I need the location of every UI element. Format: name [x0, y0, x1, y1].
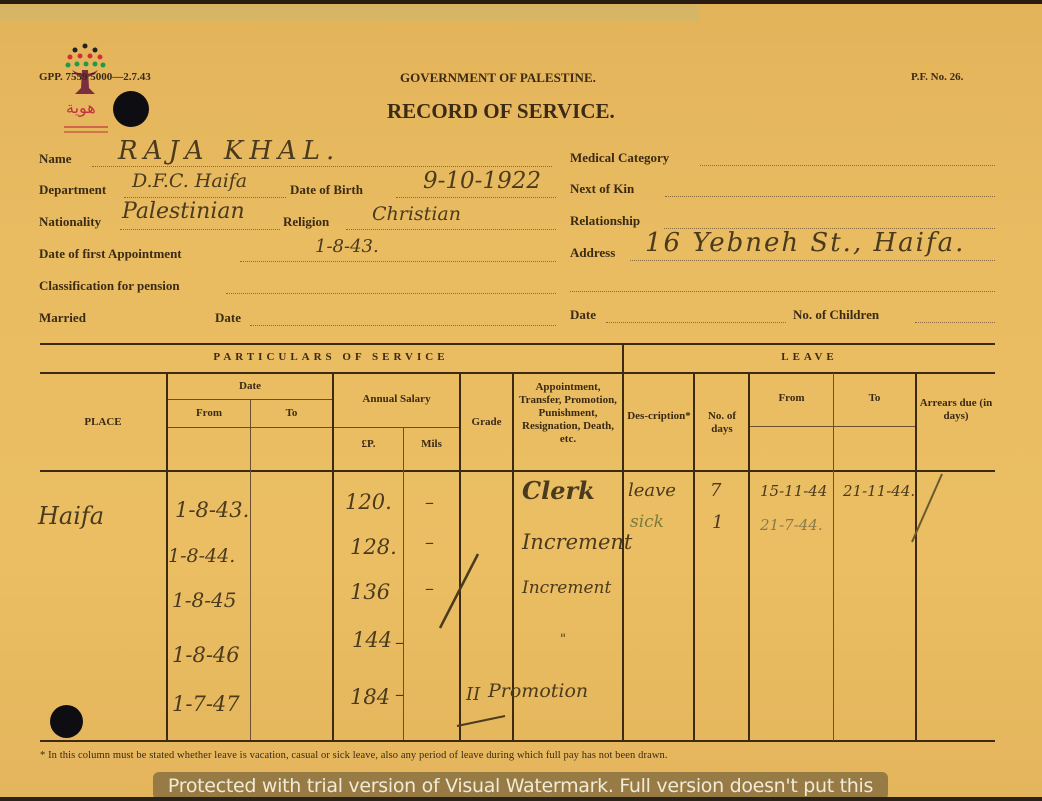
col-pounds: £P.	[334, 438, 403, 451]
punch-hole	[50, 705, 83, 738]
pen-stroke-mark	[900, 470, 950, 550]
religion-line	[346, 229, 556, 230]
name-value[interactable]: RAJA KHAL.	[118, 136, 340, 166]
col-place: PLACE	[40, 416, 166, 429]
logo-subtext	[64, 131, 108, 133]
row-pounds[interactable]: 136	[350, 580, 390, 604]
row-appointment[interactable]: Increment	[522, 578, 611, 598]
col-from: From	[168, 407, 250, 420]
scan-bottom-edge	[0, 797, 1042, 801]
children-label: No. of Children	[793, 307, 879, 323]
col-divider	[693, 373, 695, 741]
kin-label: Next of Kin	[570, 181, 634, 197]
row-appointment[interactable]: Clerk	[522, 476, 595, 505]
dob-value[interactable]: 9-10-1922	[423, 168, 541, 194]
name-line	[92, 166, 552, 167]
medical-label: Medical Category	[570, 150, 669, 166]
table-header-rule	[40, 470, 995, 472]
col-leave-from: From	[750, 392, 833, 405]
salary-subrule	[332, 427, 460, 428]
date-line	[606, 322, 786, 323]
children-line	[915, 322, 995, 323]
row-from[interactable]: 1-8-44.	[168, 545, 235, 567]
watermark-banner: Protected with trial version of Visual W…	[153, 772, 888, 800]
row-mils[interactable]: –	[395, 684, 404, 705]
logo-text: هوية	[66, 98, 96, 117]
address-value[interactable]: 16 Yebneh St., Haifa.	[645, 228, 965, 258]
row-appointment[interactable]: Promotion	[488, 680, 588, 702]
pension-line	[226, 293, 556, 294]
row-description[interactable]: sick	[630, 512, 664, 532]
row-mils[interactable]: –	[395, 632, 404, 653]
medical-line	[700, 165, 995, 166]
first-appointment-value[interactable]: 1-8-43.	[315, 236, 379, 257]
row-from[interactable]: 1-7-47	[172, 692, 240, 716]
department-label: Department	[39, 182, 106, 198]
paper-stain	[0, 4, 700, 22]
married-date-label: Date	[215, 310, 241, 326]
col-salary: Annual Salary	[334, 393, 459, 406]
relationship-label: Relationship	[570, 213, 640, 229]
row-pounds[interactable]: 144	[352, 628, 392, 652]
nationality-value[interactable]: Palestinian	[122, 199, 245, 224]
col-divider	[915, 373, 917, 741]
kin-line	[665, 196, 995, 197]
row-pounds[interactable]: 128.	[350, 535, 397, 559]
col-description: Des-cription*	[626, 410, 692, 423]
pension-label: Classification for pension	[39, 278, 180, 294]
department-value[interactable]: D.F.C. Haifa	[132, 170, 247, 192]
col-grade: Grade	[461, 416, 512, 429]
row-pounds[interactable]: 184	[350, 685, 390, 709]
nationality-line	[120, 229, 280, 230]
pen-stroke-mark	[455, 700, 515, 730]
married-label: Married	[39, 310, 86, 326]
place-value[interactable]: Haifa	[38, 502, 104, 530]
row-days[interactable]: 1	[712, 512, 723, 533]
first-appointment-label: Date of first Appointment	[39, 246, 182, 262]
row-pounds[interactable]: 120.	[345, 490, 392, 514]
col-mils: Mils	[404, 438, 459, 451]
pf-number: P.F. No. 26.	[911, 71, 963, 83]
religion-value[interactable]: Christian	[372, 203, 461, 225]
service-section-header: PARTICULARS OF SERVICE	[40, 351, 622, 364]
col-days: No. of days	[696, 410, 748, 436]
footnote: * In this column must be stated whether …	[40, 750, 668, 761]
page-title: RECORD OF SERVICE.	[387, 99, 615, 124]
row-appointment[interactable]: "	[560, 632, 566, 647]
col-divider	[833, 373, 834, 741]
col-arrears: Arrears due (in days)	[917, 397, 995, 423]
hawiya-logo: هوية	[62, 42, 108, 140]
row-appointment[interactable]: Increment	[522, 530, 632, 554]
married-date-line	[250, 325, 556, 326]
punch-hole	[113, 91, 149, 127]
form-code: GPP. 7559 5000—2.7.43	[39, 71, 151, 83]
row-from[interactable]: 1-8-43.	[175, 498, 249, 522]
name-label: Name	[39, 151, 72, 167]
col-leave-to: To	[834, 392, 915, 405]
row-description[interactable]: leave	[628, 480, 676, 501]
row-days[interactable]: 7	[710, 480, 721, 501]
row-mils[interactable]: –	[425, 492, 434, 513]
row-leave-from[interactable]: 21-7-44.	[760, 516, 823, 534]
col-divider	[332, 373, 334, 741]
address-line-2	[570, 291, 995, 292]
col-divider	[250, 400, 251, 740]
department-line	[124, 197, 286, 198]
dob-label: Date of Birth	[290, 182, 363, 198]
dob-line	[396, 197, 556, 198]
address-line	[630, 260, 995, 261]
government-heading: GOVERNMENT OF PALESTINE.	[400, 70, 596, 86]
address-label: Address	[570, 245, 615, 261]
col-date: Date	[168, 380, 332, 393]
row-from[interactable]: 1-8-45	[172, 588, 236, 612]
logo-subtext	[64, 126, 108, 128]
first-appointment-line	[240, 261, 556, 262]
table-bottom-rule	[40, 740, 995, 742]
row-from[interactable]: 1-8-46	[172, 643, 240, 667]
pen-stroke-mark	[420, 540, 500, 640]
leave-section-header: LEAVE	[624, 351, 995, 364]
table-section-rule	[40, 372, 995, 374]
row-leave-from[interactable]: 15-11-44	[760, 482, 827, 500]
religion-label: Religion	[283, 214, 329, 230]
table-top-rule	[40, 343, 995, 345]
col-appointment: Appointment, Transfer, Promotion, Punish…	[516, 381, 620, 446]
date-label: Date	[570, 307, 596, 323]
nationality-label: Nationality	[39, 214, 101, 230]
col-divider	[748, 373, 750, 741]
col-to: To	[251, 407, 332, 420]
